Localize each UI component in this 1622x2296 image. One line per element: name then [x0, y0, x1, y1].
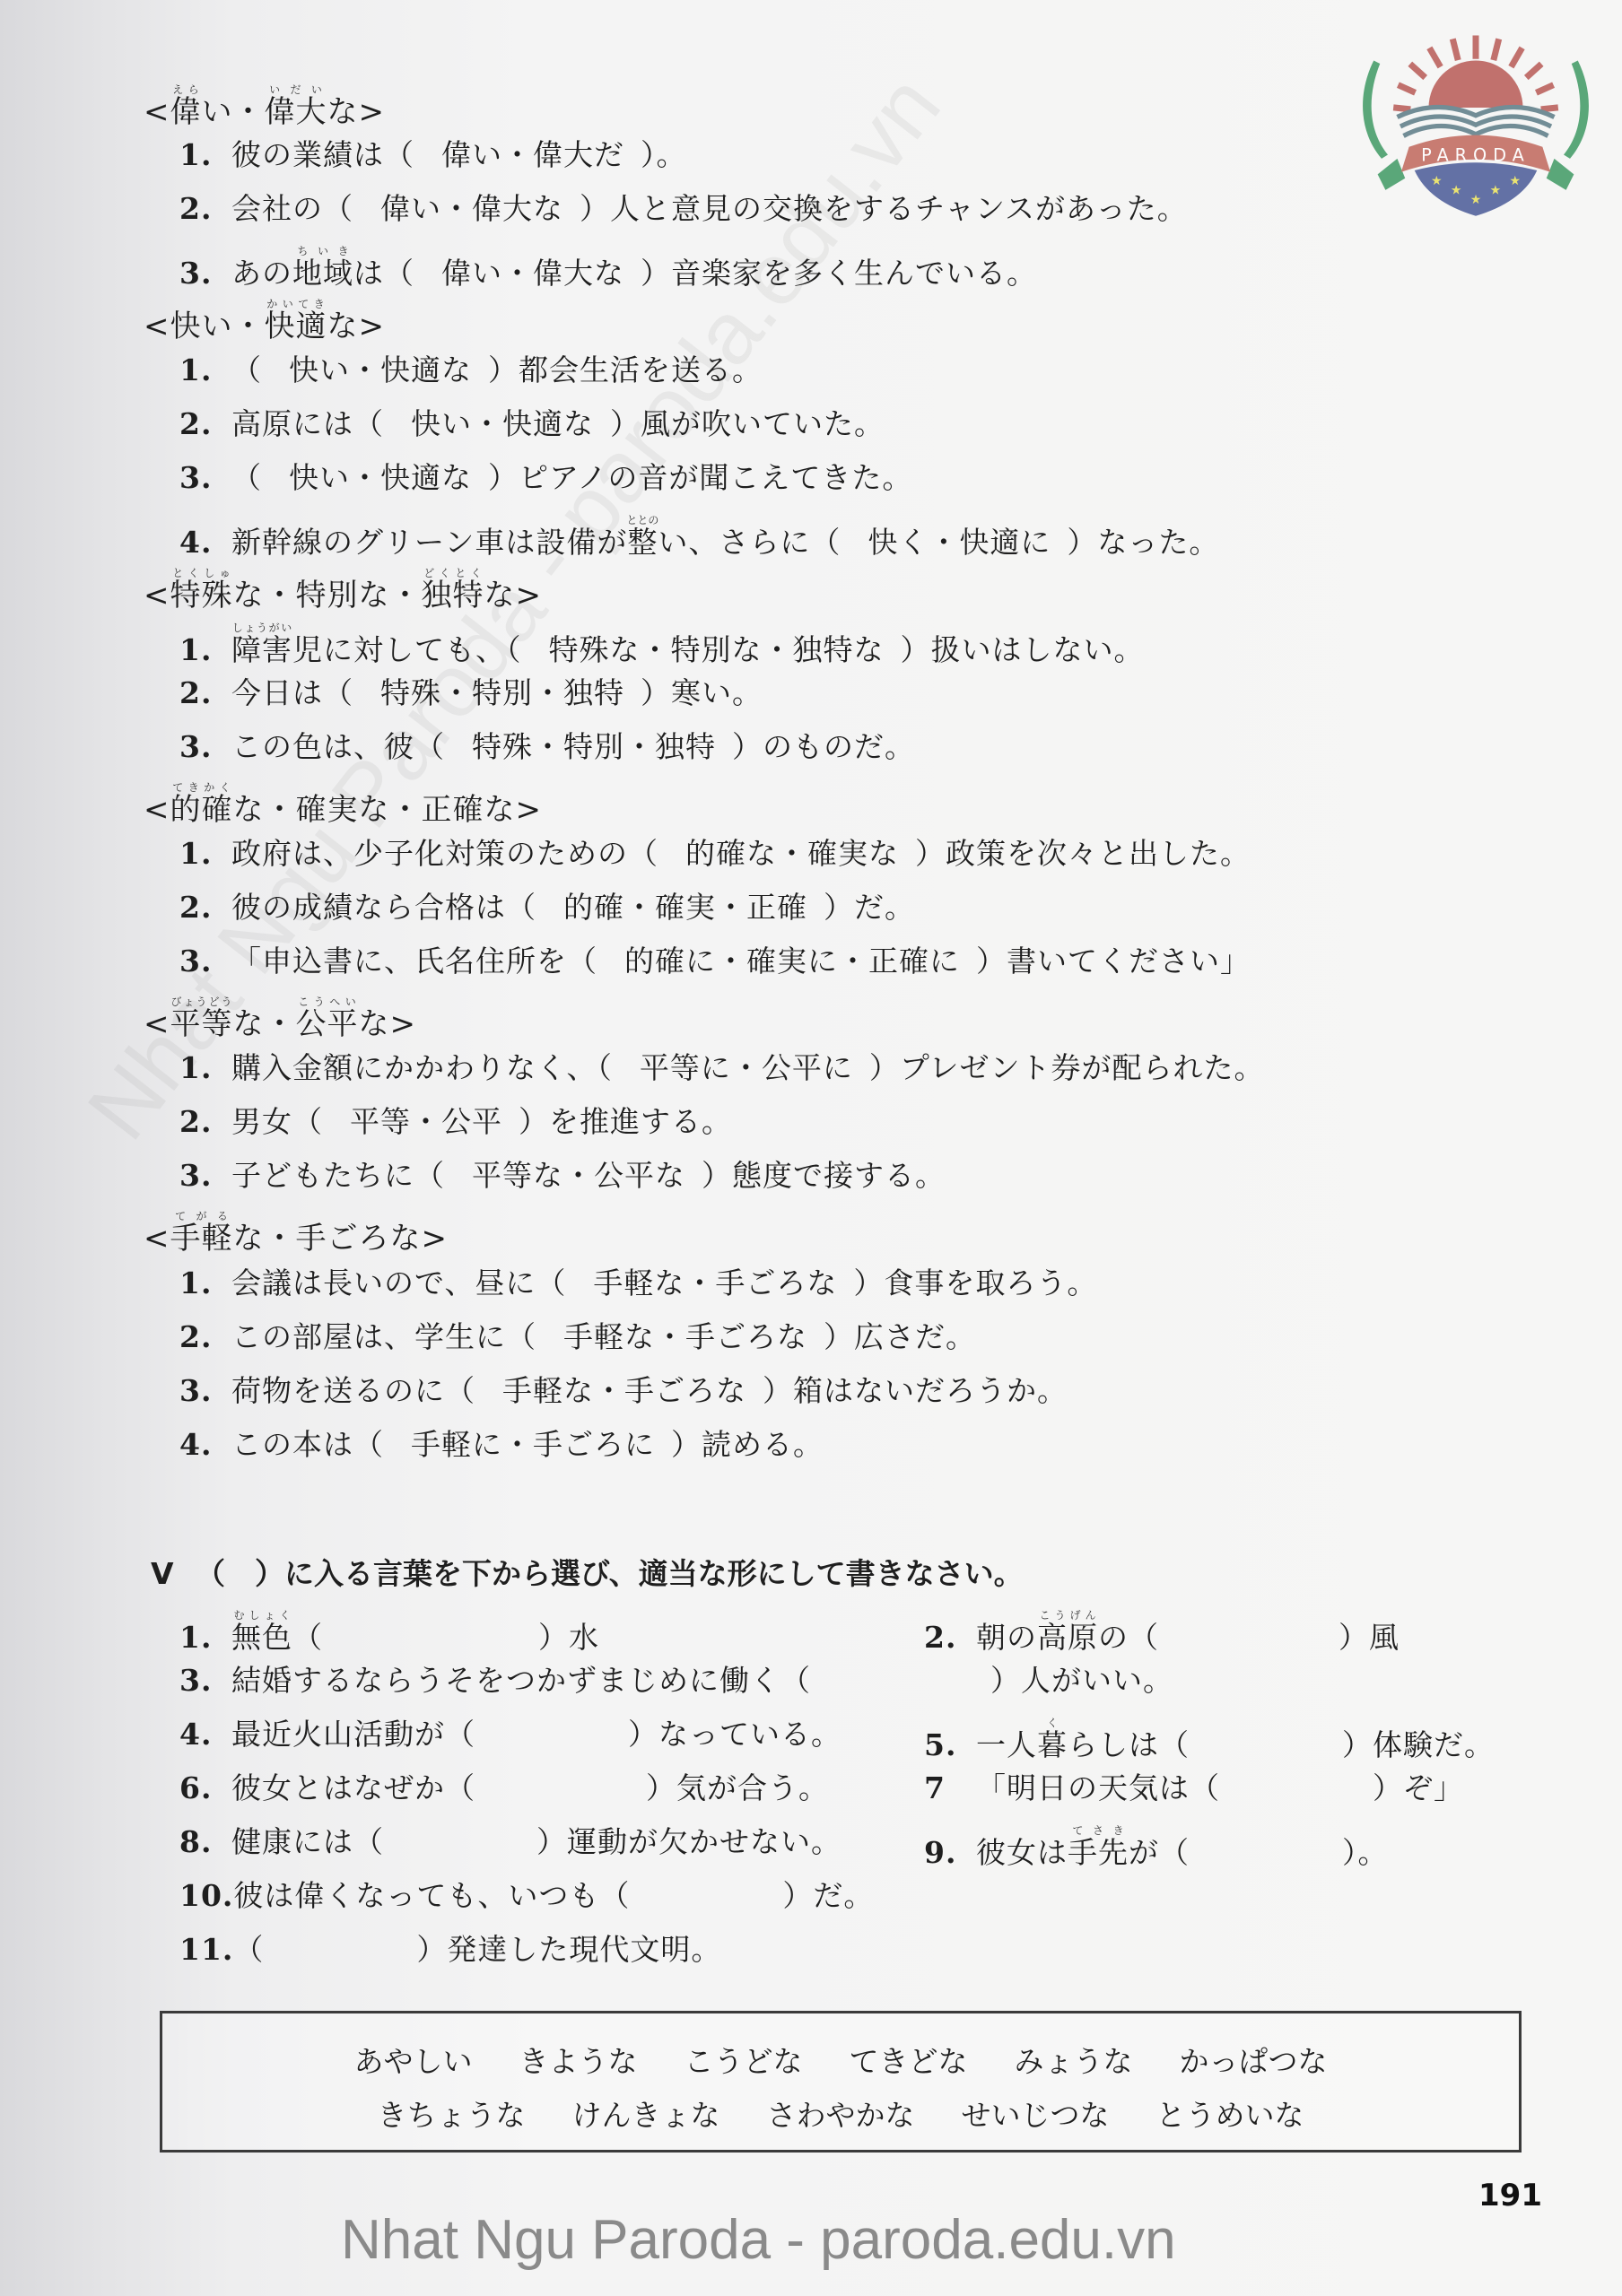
svg-text:★: ★ [1451, 183, 1462, 197]
answer-choices[interactable]: 平等・公平 [323, 1104, 519, 1140]
question-text: （ [231, 460, 262, 495]
question-text: い、さらに（ [658, 525, 841, 560]
group-heading: <手軽てがるな・手ごろな> [144, 1210, 448, 1257]
question-item: 3.この色は、彼（特殊・特別・独特）のものだ。 [179, 729, 915, 765]
answer-choices[interactable]: 偉い・偉大だ [414, 137, 641, 173]
fill-in-question: 7「明日の天気は（）ぞ」 [924, 1770, 1464, 1806]
question-number: 6. [179, 1770, 231, 1806]
question-item: 3.「申込書に、氏名住所を（的確に・確実に・正確に）書いてください」 [179, 944, 1251, 979]
question-text: ）音楽家を多く生んでいる。 [641, 256, 1037, 291]
question-number: 2. [179, 191, 231, 227]
question-text: 最近火山活動が（ [231, 1717, 475, 1752]
question-text: ）政策を次々と出した。 [915, 836, 1251, 871]
furigana: とくしゅ [170, 567, 233, 579]
fill-in-question: 5.一人暮くらしは（）体験だ。 [924, 1717, 1495, 1763]
question-text: 政府は、少子化対策のための（ [231, 836, 658, 871]
textbook-page: Nhat Ngu Paroda - paroda.edu.vn [0, 0, 1622, 2296]
question-number: 1. [179, 137, 231, 173]
question-number: 10. [179, 1878, 233, 1914]
question-item: 1.障害しょうがい児に対しても、（特殊な・特別な・独特な）扱いはしない。 [179, 622, 1145, 668]
question-text: 新幹線のグリーン車は設備が [231, 525, 627, 560]
question-text: ）だ。 [824, 890, 915, 925]
ruby-word: 的確てきかく [170, 792, 233, 828]
answer-choices[interactable]: 偉い・偉大な [353, 191, 580, 227]
question-number: 3. [179, 729, 231, 765]
fill-in-question: 11.（）発達した現代文明。 [179, 1932, 721, 1968]
word-bank-option: せいじつな [962, 2098, 1110, 2134]
ruby-word: 独特どくとく [422, 578, 484, 613]
fill-in-question: 2.朝の高原こうげんの（）風 [924, 1609, 1400, 1656]
furigana: てさき [1068, 1824, 1129, 1837]
fill-in-question: 1.無色むしょく（）水 [179, 1609, 599, 1656]
question-item: 2.高原には（快い・快適な）風が吹いていた。 [179, 406, 885, 442]
instruction-text: （ ）に入る言葉を下から選び、適当な形にして書きなさい。 [196, 1556, 1024, 1591]
question-text: ）書いてください」 [976, 944, 1251, 978]
ruby-word: 手軽てがる [170, 1221, 233, 1257]
question-text: 朝の [976, 1620, 1037, 1655]
question-number: 7 [924, 1770, 976, 1806]
question-text: 子どもたちに（ [231, 1158, 445, 1193]
question-item: 2.彼の成績なら合格は（的確・確実・正確）だ。 [179, 890, 915, 926]
question-text: あの [231, 256, 292, 291]
page-number: 191 [1478, 2178, 1542, 2213]
question-number: 4. [179, 1717, 231, 1752]
question-number: 4. [179, 525, 231, 561]
question-number: 8. [179, 1824, 231, 1860]
furigana: こうへい [296, 996, 359, 1008]
question-text: ）のものだ。 [732, 729, 915, 764]
furigana: しょうがい [231, 622, 292, 634]
question-item: 1.政府は、少子化対策のための（的確な・確実な）政策を次々と出した。 [179, 836, 1251, 872]
question-text: ）なっている。 [628, 1717, 842, 1752]
answer-choices[interactable]: 的確・確実・正確 [536, 890, 824, 926]
question-item: 2.この部屋は、学生に（手軽な・手ごろな）広さだ。 [179, 1319, 976, 1355]
question-text: 彼の業績は（ [231, 137, 414, 172]
question-text: 「申込書に、氏名住所を（ [231, 944, 597, 978]
question-text: ）水 [538, 1620, 599, 1655]
question-text: は（ [353, 256, 414, 291]
question-text: ）扱いはしない。 [901, 632, 1145, 667]
exercise-v-instruction: V（ ）に入る言葉を下から選び、適当な形にして書きなさい。 [151, 1556, 1024, 1592]
question-text: ）発達した現代文明。 [416, 1932, 721, 1967]
fill-in-question: 10.彼は偉くなっても、いつも（）だ。 [179, 1878, 874, 1914]
question-text: 荷物を送るのに（ [231, 1373, 475, 1408]
ruby-word: 公平こうへい [296, 1006, 359, 1042]
question-text: ）。 [1342, 1835, 1389, 1870]
ruby-word: 平等びょうどう [170, 1006, 233, 1042]
question-number: 4. [179, 1427, 231, 1463]
question-text: ）寒い。 [641, 675, 763, 710]
question-text: 一人 [976, 1727, 1037, 1762]
fill-in-question: 4.最近火山活動が（）なっている。 [179, 1717, 842, 1752]
question-item: 3.子どもたちに（平等な・公平な）態度で接する。 [179, 1158, 946, 1194]
ruby-word: 障害しょうがい [231, 632, 292, 667]
furigana: ちいき [292, 245, 353, 257]
question-number: 2. [179, 406, 231, 442]
question-text: 健康には（ [231, 1824, 384, 1859]
question-text: ）だ。 [782, 1878, 874, 1913]
answer-choices[interactable]: 手軽な・手ごろな [566, 1265, 853, 1301]
question-number: 1. [179, 352, 231, 388]
question-number: 11. [179, 1932, 233, 1968]
answer-choices[interactable]: 手軽な・手ごろな [536, 1319, 824, 1355]
svg-text:★: ★ [1509, 174, 1521, 188]
answer-choices[interactable]: 的確な・確実な [658, 836, 915, 872]
furigana: いだい [265, 83, 327, 96]
answer-choices[interactable]: 快い・快適な [384, 406, 610, 442]
question-item: 1.彼の業績は（偉い・偉大だ）。 [179, 137, 687, 173]
word-bank-option: てきどな [850, 2044, 968, 2080]
answer-choices[interactable]: 的確に・確実に・正確に [597, 944, 976, 979]
answer-choices[interactable]: 平等に・公平に [613, 1050, 869, 1086]
question-text: 結婚するならうそをつかずまじめに働く（ [231, 1663, 811, 1698]
furigana: びょうどう [170, 996, 233, 1008]
question-text: 高原には（ [231, 406, 384, 441]
question-text: ）箱はないだろうか。 [763, 1373, 1068, 1408]
group-heading: <偉えらい・偉大いだいな> [144, 83, 385, 130]
question-text: （ [292, 1620, 323, 1655]
fill-in-question: 3.結婚するならうそをつかずまじめに働く（）人がいい。 [179, 1663, 1173, 1699]
group-heading: <平等びょうどうな・公平こうへいな> [144, 996, 416, 1042]
ruby-word: 無色むしょく [231, 1620, 292, 1655]
word-bank-box: あやしいきようなこうどなてきどなみょうなかっぱつな きちょうなけんきょなさわやか… [160, 2011, 1522, 2152]
answer-choices[interactable]: 快い・快適な [262, 460, 488, 496]
question-text: （ [231, 352, 262, 387]
question-text: この本は（ [231, 1427, 384, 1462]
word-bank-option: けんきょな [572, 2098, 720, 2134]
word-bank-option: あやしい [354, 2044, 473, 2080]
group-heading: <特殊とくしゅな・特別な・独特どくとくな> [144, 567, 542, 613]
question-text: この部屋は、学生に（ [231, 1319, 536, 1354]
question-text: 児に対しても、（ [292, 632, 522, 667]
question-item: 1.購入金額にかかわりなく、（平等に・公平に）プレゼント券が配られた。 [179, 1050, 1265, 1086]
question-text: が（ [1129, 1835, 1190, 1870]
question-number: 2. [179, 1319, 231, 1355]
question-text: ）都会生活を送る。 [488, 352, 763, 387]
word-bank-option: さわやかな [767, 2098, 915, 2134]
furigana: てきかく [170, 781, 233, 794]
question-number: 3. [179, 460, 231, 496]
furigana: どくとく [422, 567, 484, 579]
word-bank-row-2: きちょうなけんきょなさわやかなせいじつなとうめいな [162, 2098, 1519, 2134]
furigana: かいてき [265, 298, 327, 310]
question-text: ）人がいい。 [990, 1663, 1173, 1698]
ruby-word: 快適かいてき [265, 309, 327, 344]
word-bank-option: こうどな [685, 2044, 803, 2080]
question-text: ）人と意見の交換をするチャンスがあった。 [580, 191, 1188, 226]
footer-watermark: Nhat Ngu Paroda - paroda.edu.vn [341, 2208, 1176, 2272]
fill-in-question: 9.彼女は手先てさきが（）。 [924, 1824, 1389, 1871]
question-number: 3. [179, 1373, 231, 1409]
question-item: 2.男女（平等・公平）を推進する。 [179, 1104, 732, 1140]
question-number: 3. [179, 944, 231, 979]
svg-text:★: ★ [1470, 193, 1482, 207]
question-text: 「明日の天気は（ [976, 1770, 1220, 1805]
question-number: 1. [179, 1620, 231, 1656]
question-text: ）なった。 [1067, 525, 1219, 560]
question-text: ）プレゼント券が配られた。 [869, 1050, 1265, 1085]
question-number: 1. [179, 1050, 231, 1086]
question-text: ）風 [1339, 1620, 1400, 1655]
furigana: むしょく [231, 1609, 292, 1622]
question-number: 2. [179, 1104, 231, 1140]
question-text: 彼の成績なら合格は（ [231, 890, 536, 925]
question-text: （ [233, 1932, 264, 1967]
question-text: 彼女は [976, 1835, 1068, 1870]
word-bank-option: かっぱつな [1180, 2044, 1328, 2080]
question-text: 男女（ [231, 1104, 323, 1139]
furigana: く [1037, 1717, 1068, 1729]
answer-choices[interactable]: 快く・快適に [841, 525, 1067, 561]
group-heading: <的確てきかくな・確実な・正確な> [144, 781, 542, 828]
question-number: 1. [179, 1265, 231, 1301]
question-text: ）風が吹いていた。 [610, 406, 885, 441]
question-text: ）運動が欠かせない。 [536, 1824, 842, 1859]
furigana: こうげん [1037, 1609, 1098, 1622]
ruby-word: 暮く [1037, 1727, 1068, 1762]
group-heading: <快い・快適かいてきな> [144, 298, 385, 344]
furigana: えら [170, 83, 202, 96]
ruby-word: 整ととの [627, 525, 658, 560]
question-text: の（ [1098, 1620, 1159, 1655]
question-item: 1.会議は長いので、昼に（手軽な・手ごろな）食事を取ろう。 [179, 1265, 1097, 1301]
ruby-word: 手先てさき [1068, 1835, 1129, 1870]
question-number: 2. [924, 1620, 976, 1656]
question-text: 彼女とはなぜか（ [231, 1770, 475, 1805]
answer-choices[interactable]: 偉い・偉大な [414, 256, 641, 291]
question-text: ）。 [641, 137, 687, 172]
svg-text:PARODA: PARODA [1421, 145, 1530, 166]
answer-choices[interactable]: 特殊・特別・独特 [445, 729, 732, 765]
ruby-word: 高原こうげん [1037, 1620, 1098, 1655]
answer-choices[interactable]: 特殊な・特別な・独特な [522, 632, 901, 668]
furigana: てがる [170, 1210, 233, 1222]
question-text: ）食事を取ろう。 [853, 1265, 1097, 1300]
question-text: この色は、彼（ [231, 729, 445, 764]
question-item: 4.新幹線のグリーン車は設備が整ととのい、さらに（快く・快適に）なった。 [179, 514, 1219, 561]
question-item: 2.今日は（特殊・特別・独特）寒い。 [179, 675, 763, 711]
exercise-number: V [151, 1556, 196, 1592]
answer-choices[interactable]: 快い・快適な [262, 352, 488, 388]
question-text: ）ぞ」 [1373, 1770, 1464, 1805]
ruby-word: 特殊とくしゅ [170, 578, 233, 613]
ruby-word: 地域ちいき [292, 256, 353, 291]
question-text: 購入金額にかかわりなく、（ [231, 1050, 613, 1085]
question-text: ）読める。 [671, 1427, 824, 1462]
question-number: 2. [179, 675, 231, 711]
question-text: ）態度で接する。 [702, 1158, 946, 1193]
question-text: 会議は長いので、昼に（ [231, 1265, 566, 1300]
question-item: 3.（快い・快適な）ピアノの音が聞こえてきた。 [179, 460, 912, 496]
question-text: らしは（ [1068, 1727, 1190, 1762]
question-item: 2.会社の（偉い・偉大な）人と意見の交換をするチャンスがあった。 [179, 191, 1188, 227]
question-text: ）を推進する。 [519, 1104, 732, 1139]
ruby-word: 偉えら [170, 94, 202, 130]
question-text: ）体験だ。 [1342, 1727, 1495, 1762]
question-text: 彼は偉くなっても、いつも（ [233, 1878, 630, 1913]
question-item: 1.（快い・快適な）都会生活を送る。 [179, 352, 763, 388]
question-number: 3. [179, 1158, 231, 1194]
question-number: 3. [179, 256, 231, 291]
svg-text:★: ★ [1490, 183, 1502, 197]
answer-choices[interactable]: 手軽な・手ごろな [475, 1373, 763, 1409]
ruby-word: 偉大いだい [265, 94, 327, 130]
answer-choices[interactable]: 手軽に・手ごろに [384, 1427, 671, 1463]
word-bank-row-1: あやしいきようなこうどなてきどなみょうなかっぱつな [162, 2044, 1519, 2080]
question-item: 3.あの地域ちいきは（偉い・偉大な）音楽家を多く生んでいる。 [179, 245, 1037, 291]
furigana: ととの [626, 514, 658, 526]
fill-in-question: 8.健康には（）運動が欠かせない。 [179, 1824, 842, 1860]
question-number: 9. [924, 1835, 976, 1871]
word-bank-option: きような [519, 2044, 638, 2080]
question-item: 4.この本は（手軽に・手ごろに）読める。 [179, 1427, 824, 1463]
question-text: ）ピアノの音が聞こえてきた。 [488, 460, 912, 495]
word-bank-option: みょうな [1015, 2044, 1133, 2080]
question-number: 3. [179, 1663, 231, 1699]
fill-in-question: 6.彼女とはなぜか（）気が合う。 [179, 1770, 829, 1806]
question-text: ）気が合う。 [646, 1770, 829, 1805]
question-text: 会社の（ [231, 191, 353, 226]
answer-choices[interactable]: 平等な・公平な [445, 1158, 702, 1194]
question-text: ）広さだ。 [824, 1319, 976, 1354]
question-number: 5. [924, 1727, 976, 1763]
question-number: 1. [179, 632, 231, 668]
answer-choices[interactable]: 特殊・特別・独特 [353, 675, 641, 711]
question-number: 1. [179, 836, 231, 872]
question-number: 2. [179, 890, 231, 926]
question-item: 3.荷物を送るのに（手軽な・手ごろな）箱はないだろうか。 [179, 1373, 1068, 1409]
svg-text:★: ★ [1431, 174, 1443, 188]
paroda-logo-icon: PARODA ★★★★★ [1350, 22, 1601, 224]
word-bank-option: とうめいな [1156, 2098, 1304, 2134]
question-text: 今日は（ [231, 675, 353, 710]
word-bank-option: きちょうな [378, 2098, 526, 2134]
